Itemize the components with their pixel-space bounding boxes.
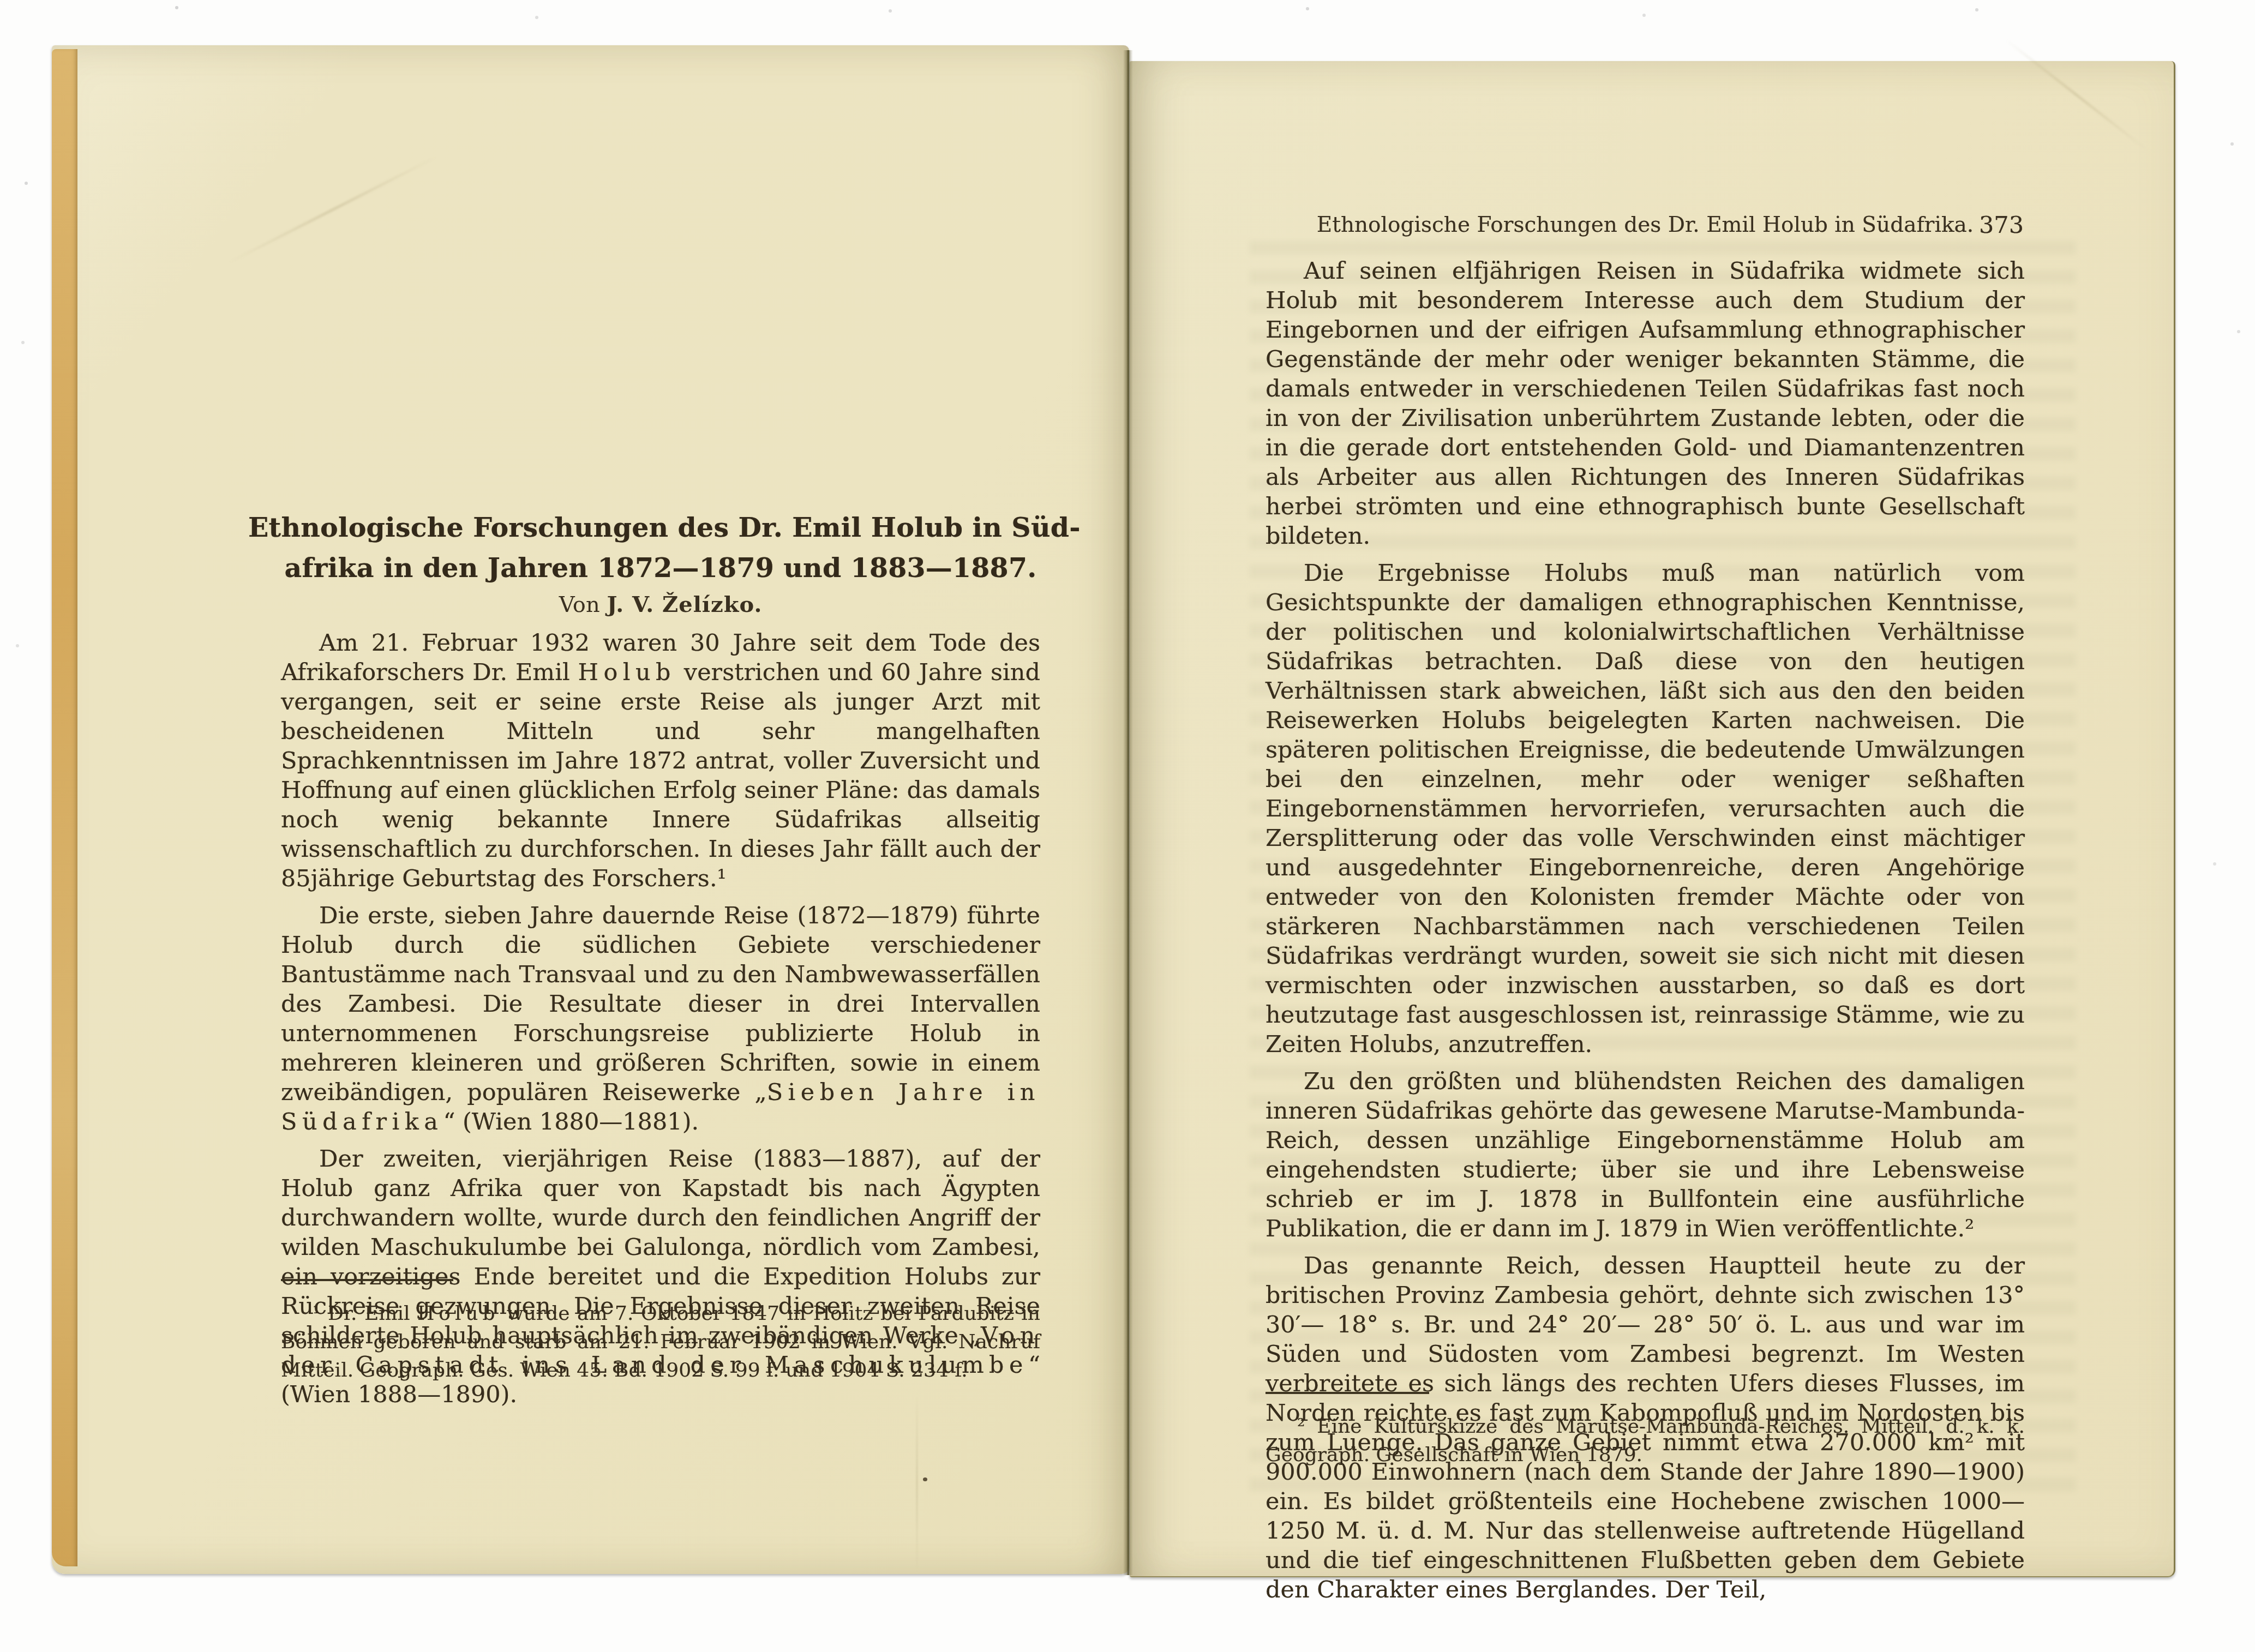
- text-run: ² Eine Kulturskizze des Marutse-Mambunda…: [1266, 1415, 2025, 1466]
- text-run: Zu den größten und blühendsten Reichen d…: [1266, 1068, 2025, 1242]
- spine-edge: [52, 49, 77, 1566]
- left-page-body: Am 21. Februar 1932 waren 30 Jahre seit …: [281, 628, 1040, 1417]
- right-page-body: Auf seinen elfjährigen Reisen in Südafri…: [1266, 256, 2025, 1612]
- paragraph: Die erste, sieben Jahre dauernde Reise (…: [281, 901, 1040, 1137]
- scanner-dust-specks: [0, 0, 2, 2]
- text-run: ¹ Dr. Emil: [313, 1302, 417, 1325]
- paragraph: ¹ Dr. Emil Holub wurde am 7. Oktober 184…: [281, 1300, 1040, 1385]
- ink-dot: [923, 1477, 927, 1481]
- footnote-rule: [1266, 1392, 1429, 1394]
- page-number: 373: [1979, 212, 2024, 239]
- paragraph: ² Eine Kulturskizze des Marutse-Mambunda…: [1266, 1413, 2025, 1469]
- paragraph: Auf seinen elfjährigen Reisen in Südafri…: [1266, 256, 2025, 551]
- text-run: Die erste, sieben Jahre dauernde Reise (…: [281, 902, 1040, 1106]
- letterspaced-text-run: Holub: [417, 1302, 499, 1325]
- author-name: J. V. Želízko.: [607, 592, 762, 617]
- text-run: “ (Wien 1880—1881).: [443, 1108, 699, 1136]
- scanned-book-spread: Ethnologische Forschungen des Dr. Emil H…: [0, 0, 2255, 1652]
- running-header-text: Ethnologische Forschungen des Dr. Emil H…: [1317, 213, 1974, 237]
- article-title: Ethnologische Forschungen des Dr. Emil H…: [248, 507, 1073, 588]
- right-page-footnotes: ² Eine Kulturskizze des Marutse-Mambunda…: [1266, 1413, 2025, 1469]
- article-title-line-1: Ethnologische Forschungen des Dr. Emil H…: [248, 507, 1073, 548]
- page-crease: [2005, 39, 2148, 151]
- paragraph: Die Ergebnisse Holubs muß man natürlich …: [1266, 558, 2025, 1059]
- byline: Von J. V. Želízko.: [281, 592, 1040, 617]
- book-gutter: [1123, 50, 1133, 1575]
- right-page: Ethnologische Forschungen des Dr. Emil H…: [1130, 61, 2175, 1577]
- paragraph: Zu den größten und blühendsten Reichen d…: [1266, 1067, 2025, 1243]
- paragraph: Am 21. Februar 1932 waren 30 Jahre seit …: [281, 628, 1040, 893]
- byline-prefix: Von: [559, 592, 600, 617]
- text-run: Auf seinen elfjährigen Reisen in Südafri…: [1266, 257, 2025, 550]
- footnote-rule: [281, 1279, 453, 1281]
- left-page: Ethnologische Forschungen des Dr. Emil H…: [52, 45, 1129, 1574]
- letterspaced-text-run: Holub: [578, 659, 676, 686]
- running-header: Ethnologische Forschungen des Dr. Emil H…: [1266, 213, 2025, 237]
- left-page-footnotes: ¹ Dr. Emil Holub wurde am 7. Oktober 184…: [281, 1300, 1040, 1385]
- text-run: Die Ergebnisse Holubs muß man natürlich …: [1266, 560, 2025, 1058]
- article-title-line-2: afrika in den Jahren 1872—1879 und 1883—…: [248, 548, 1073, 588]
- text-run: verstrichen und 60 Jahre sind vergangen,…: [281, 659, 1040, 892]
